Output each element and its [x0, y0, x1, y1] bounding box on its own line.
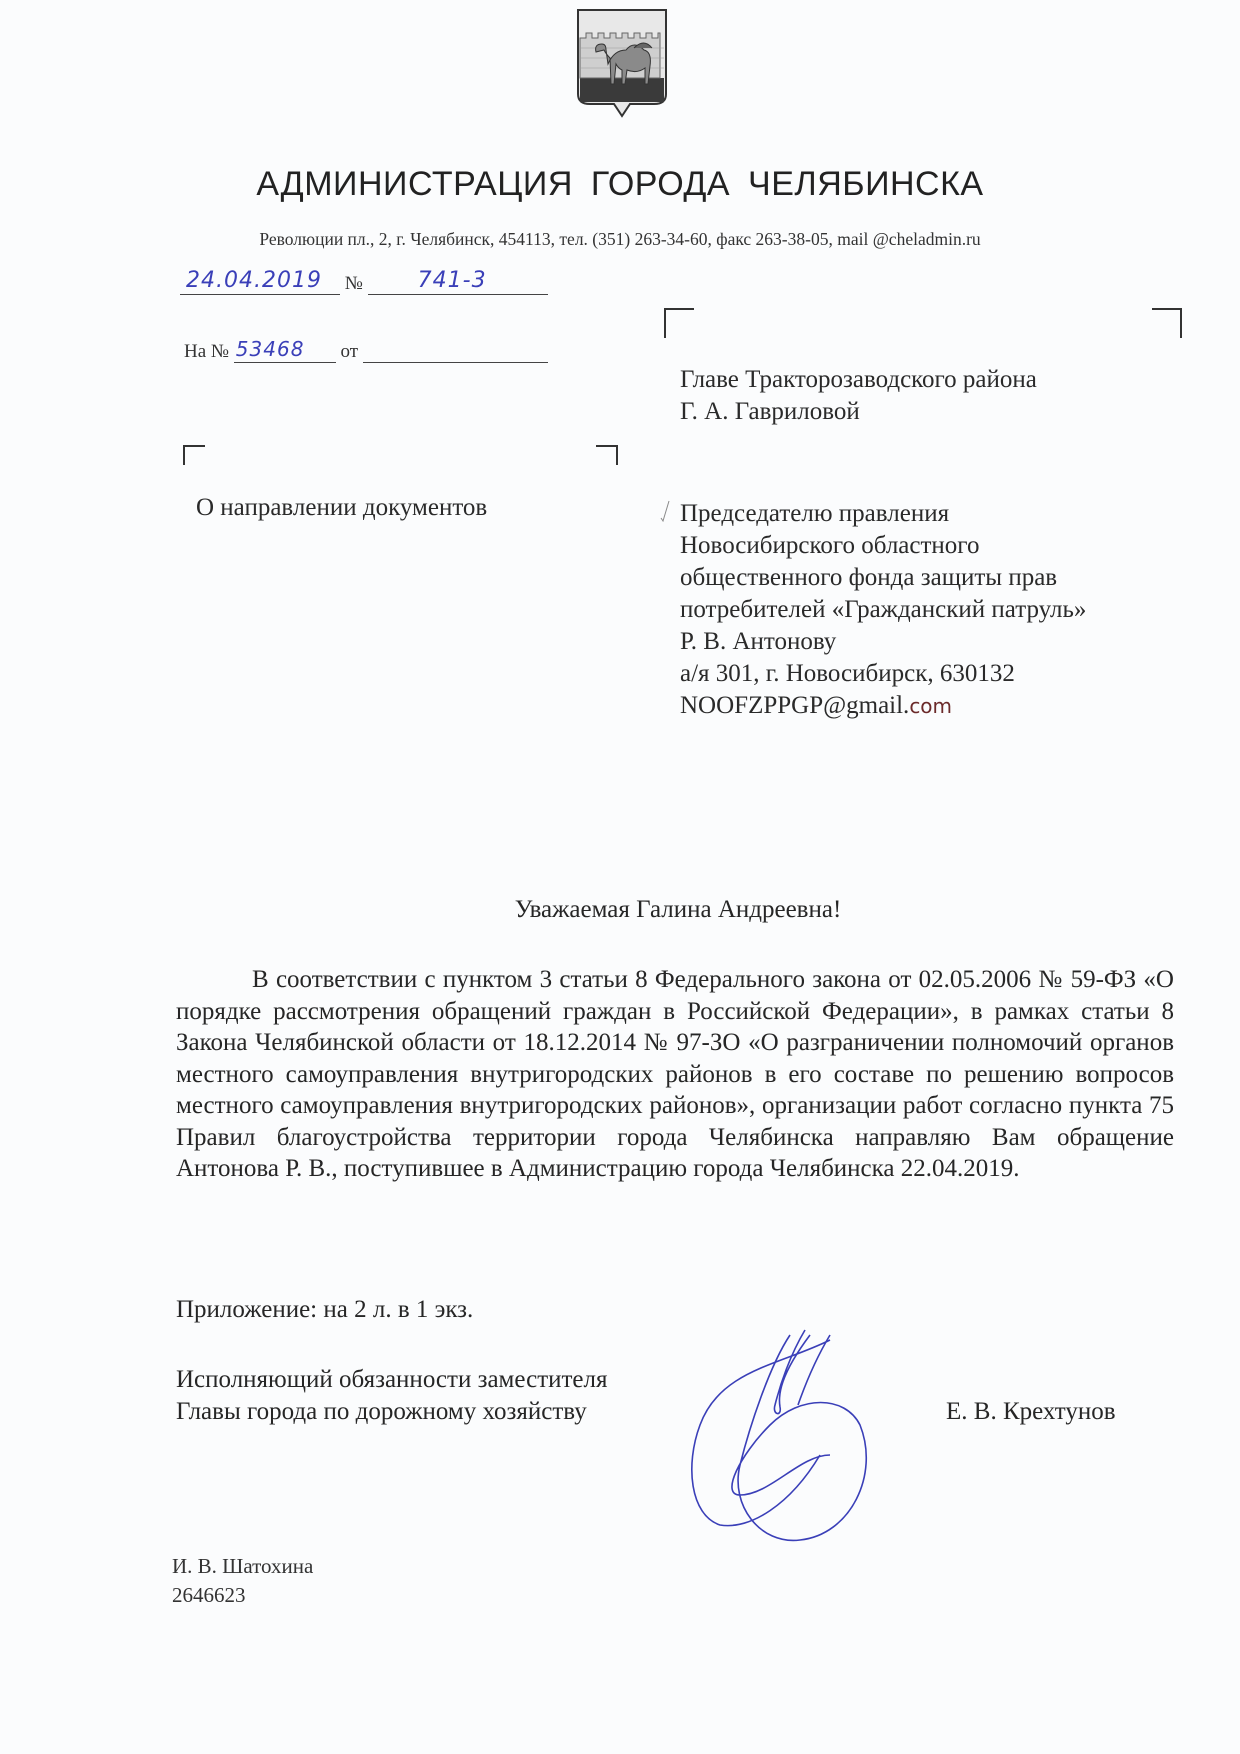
reply-from-label: от: [341, 341, 359, 362]
organization-address: Революции пл., 2, г. Челябинск, 454113, …: [0, 229, 1240, 250]
handwritten-signature-icon: [680, 1315, 920, 1565]
number-handwritten: 741-3: [418, 268, 487, 293]
letter-body: В соответствии с пунктом 3 статьи 8 Феде…: [176, 964, 1174, 1185]
recipient-secondary-line: Председателю правления: [680, 498, 1086, 530]
recipient-secondary-line: а/я 301, г. Новосибирск, 630132: [680, 658, 1086, 690]
signatory-title: Исполняющий обязанности заместителя Глав…: [176, 1364, 608, 1428]
number-field[interactable]: 741-3: [368, 270, 548, 295]
signatory-name: Е. В. Крехтунов: [946, 1398, 1116, 1426]
executor-info: И. В. Шатохина 2646623: [172, 1552, 313, 1610]
address-bracket-right: [1152, 308, 1182, 338]
registration-row: 24.04.2019 № 741-3: [180, 270, 548, 295]
recipient-secondary-line: Р. В. Антонову: [680, 626, 1086, 658]
appendix-note: Приложение: на 2 л. в 1 экз.: [176, 1296, 473, 1324]
reply-from-date-field[interactable]: [363, 338, 548, 363]
letter-greeting: Уважаемая Галина Андреевна!: [0, 896, 1240, 924]
reply-to-label: На №: [184, 341, 229, 362]
reply-to-number-field[interactable]: 53468: [234, 338, 336, 363]
number-label: №: [345, 273, 363, 294]
recipient-primary-line: Г. А. Гавриловой: [680, 396, 1037, 428]
date-field[interactable]: 24.04.2019: [180, 270, 340, 295]
recipient-email[interactable]: NOOFZPPGP@gmail.com: [680, 690, 1086, 722]
date-handwritten: 24.04.2019: [186, 268, 322, 293]
executor-phone: 2646623: [172, 1581, 313, 1610]
recipient-secondary-line: Новосибирского областного: [680, 530, 1086, 562]
email-suffix-handwritten: com: [909, 694, 952, 718]
letter-subject: О направлении документов: [196, 494, 487, 522]
recipient-secondary-line: потребителей «Гражданский патруль»: [680, 594, 1086, 626]
reply-to-number-handwritten: 53468: [236, 337, 305, 361]
subject-bracket-right: [596, 445, 618, 465]
recipient-primary: Главе Тракторозаводского района Г. А. Га…: [680, 364, 1037, 428]
subject-bracket-left: [183, 445, 205, 465]
organization-title: АДМИНИСТРАЦИЯ ГОРОДА ЧЕЛЯБИНСКА: [0, 165, 1240, 204]
coat-of-arms-icon: [574, 8, 670, 120]
recipient-secondary-line: общественного фонда защиты прав: [680, 562, 1086, 594]
recipient-secondary: Председателю правления Новосибирского об…: [680, 498, 1086, 722]
recipient-primary-line: Главе Тракторозаводского района: [680, 364, 1037, 396]
reply-to-row: На № 53468 от: [184, 338, 548, 363]
check-mark-icon: [660, 500, 670, 522]
address-bracket-left: [664, 308, 694, 338]
executor-name: И. В. Шатохина: [172, 1552, 313, 1581]
